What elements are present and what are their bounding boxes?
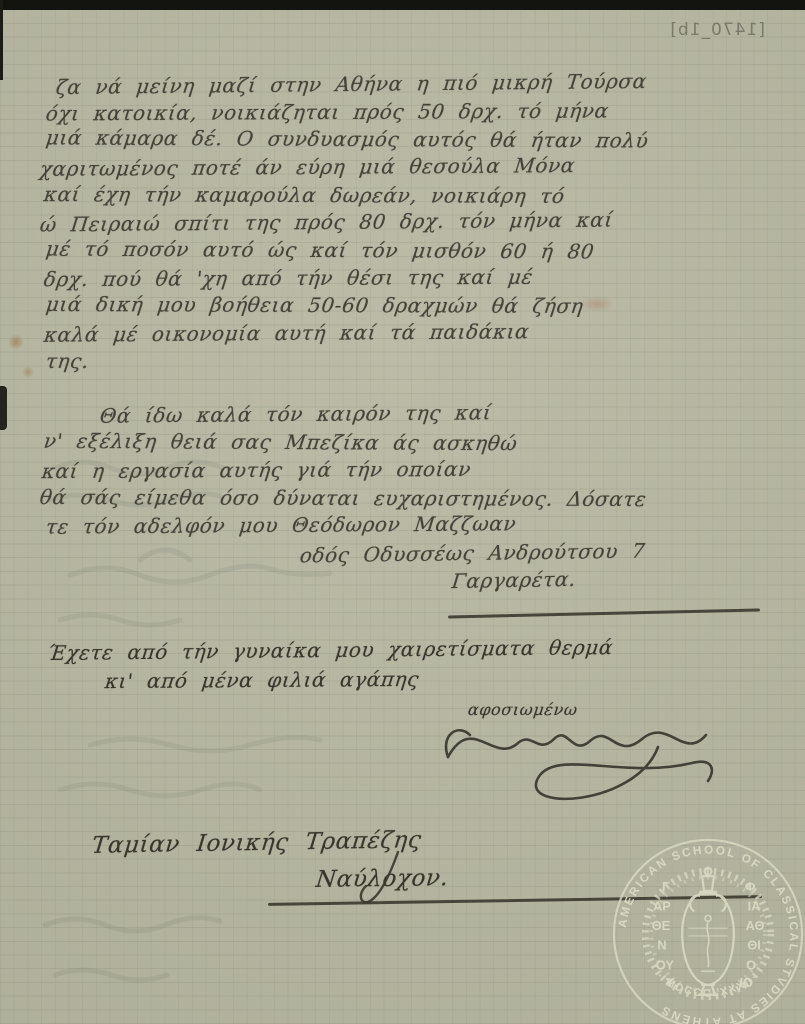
svg-text:Φ: Φ <box>745 879 756 894</box>
ink-smudge <box>580 296 614 312</box>
handwriting-line: τε τόν αδελφόν μου Θεόδωρον Μαζζωαν <box>46 511 516 538</box>
address-street-line: οδός Οδυσσέως Ανδρούτσου 7 <box>300 539 646 568</box>
district-underline <box>448 608 760 618</box>
svg-text:ΘΙ: ΘΙ <box>747 938 760 953</box>
handwriting-line: μέ τό ποσόν αυτό ώς καί τόν μισθόν 60 ή … <box>46 237 594 264</box>
pencil-reference-number: [1470_1b] <box>630 20 765 40</box>
scan-edge-notch <box>0 386 7 430</box>
handwriting-line: Θά ίδω καλά τόν καιρόν της καί <box>100 400 492 427</box>
handwriting-line: μιά κάμαρα δέ. Ο συνδυασμός αυτός θά ήτα… <box>46 125 649 152</box>
svg-text:Υ: Υ <box>666 975 675 990</box>
handwriting-line: ζα νά μείνη μαζί στην Αθήνα η πιό μικρή … <box>56 69 647 99</box>
ascsa-seal-stamp: AMERICAN SCHOOL OF CLASSICAL STVDIES AT … <box>610 836 805 1024</box>
handwriting-line: μιά δική μου βοήθεια 50-60 δραχμών θά ζή… <box>46 292 584 318</box>
handwriting-line: ώ Πειραιώ σπίτι της πρός 80 δρχ. τόν μήν… <box>40 208 613 237</box>
scanned-letter-page: [1470_1b] ζα νά μείνη μαζί στην Αθήνα η … <box>0 0 805 1024</box>
svg-text:Ν: Ν <box>657 938 666 953</box>
scan-edge-left <box>0 0 3 80</box>
svg-text:ΟΥ: ΟΥ <box>656 957 675 972</box>
pen-flourish <box>300 840 430 920</box>
scan-edge-top <box>0 0 805 10</box>
lekythos-icon <box>682 868 734 995</box>
svg-text:ΘΕ: ΘΕ <box>652 918 670 933</box>
foxing-stain <box>22 366 34 378</box>
closing-line: κι' από μένα φιλιά αγάπης <box>105 667 419 693</box>
handwriting-line: χαριτωμένος ποτέ άν εύρη μιά θεσούλα Μόν… <box>40 153 575 181</box>
closing-line: Έχετε από τήν γυναίκα μου χαιρετίσματα θ… <box>48 635 613 665</box>
svg-text:ΑΡ: ΑΡ <box>653 898 671 913</box>
svg-text:ΑΘ: ΑΘ <box>746 918 765 933</box>
svg-text:Γ: Γ <box>662 879 670 894</box>
svg-text:ΙΟ: ΙΟ <box>739 975 753 990</box>
handwriting-line: της. <box>46 349 89 373</box>
handwriting-line: καί έχη τήν καμαρούλα δωρεάν, νοικιάρη τ… <box>44 182 565 208</box>
handwriting-line: καί η εργασία αυτής γιά τήν οποίαν <box>42 457 471 483</box>
address-district-line: Γαργαρέτα. <box>452 567 576 593</box>
handwriting-line: ν' εξέλιξη θειά σας Μπεζίκα άς ασκηθώ <box>44 429 518 455</box>
handwriting-line: όχι κατοικία, νοικιάζηται πρός 50 δρχ. τ… <box>46 99 609 126</box>
handwriting-line: δρχ. πού θά 'χη από τήν θέσι της καί μέ <box>44 265 533 292</box>
svg-text:Ο: Ο <box>746 957 756 972</box>
foxing-stain <box>8 334 24 350</box>
svg-text:ΙΑ: ΙΑ <box>748 898 761 913</box>
signature-flourish <box>320 695 720 805</box>
handwriting-line: θά σάς είμεθα όσο δύναται ευχαριστημένος… <box>40 485 647 511</box>
handwriting-line: καλά μέ οικονομία αυτή καί τά παιδάκια <box>44 319 529 346</box>
